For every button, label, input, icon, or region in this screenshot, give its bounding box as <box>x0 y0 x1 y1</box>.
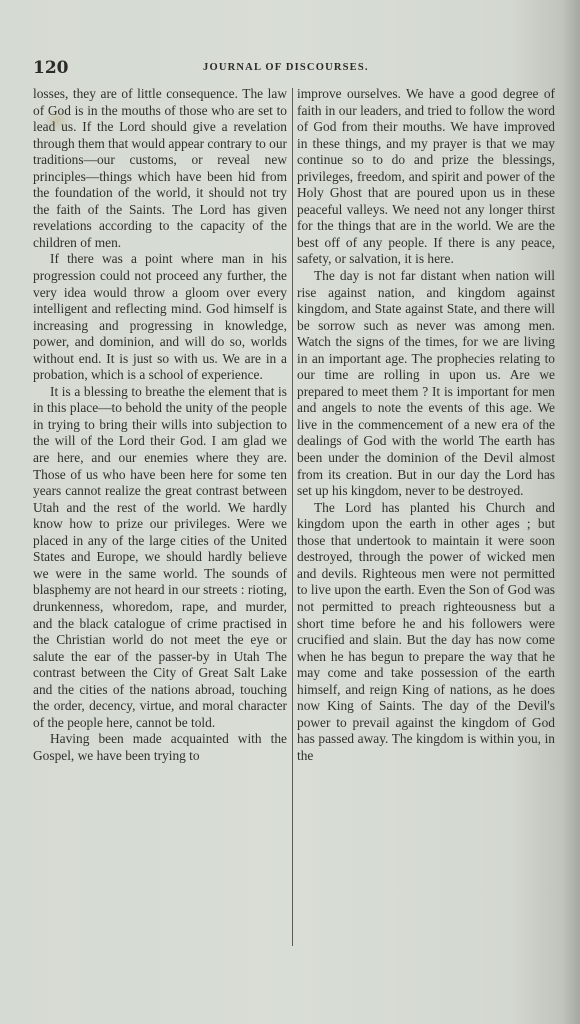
journal-title: JOURNAL OF DISCOURSES. <box>203 62 369 73</box>
paragraph: It is a blessing to breathe the element … <box>33 384 287 731</box>
paragraph: losses, they are of little consequence. … <box>33 86 287 251</box>
page-edge-shadow <box>562 0 580 1024</box>
right-column: improve ourselves. We have a good degree… <box>297 86 555 764</box>
running-head: 120 JOURNAL OF DISCOURSES. <box>33 58 555 80</box>
paragraph: The day is not far distant when nation w… <box>297 268 555 500</box>
paragraph: The Lord has planted his Church and king… <box>297 500 555 765</box>
page-number: 120 <box>33 58 69 78</box>
paragraph: improve ourselves. We have a good degree… <box>297 86 555 268</box>
paragraph: Having been made acquainted with the Gos… <box>33 731 287 764</box>
left-column: losses, they are of little consequence. … <box>33 86 287 764</box>
book-page: 120 JOURNAL OF DISCOURSES. losses, they … <box>0 0 580 1024</box>
paragraph: If there was a point where man in his pr… <box>33 251 287 383</box>
column-divider <box>292 88 293 946</box>
